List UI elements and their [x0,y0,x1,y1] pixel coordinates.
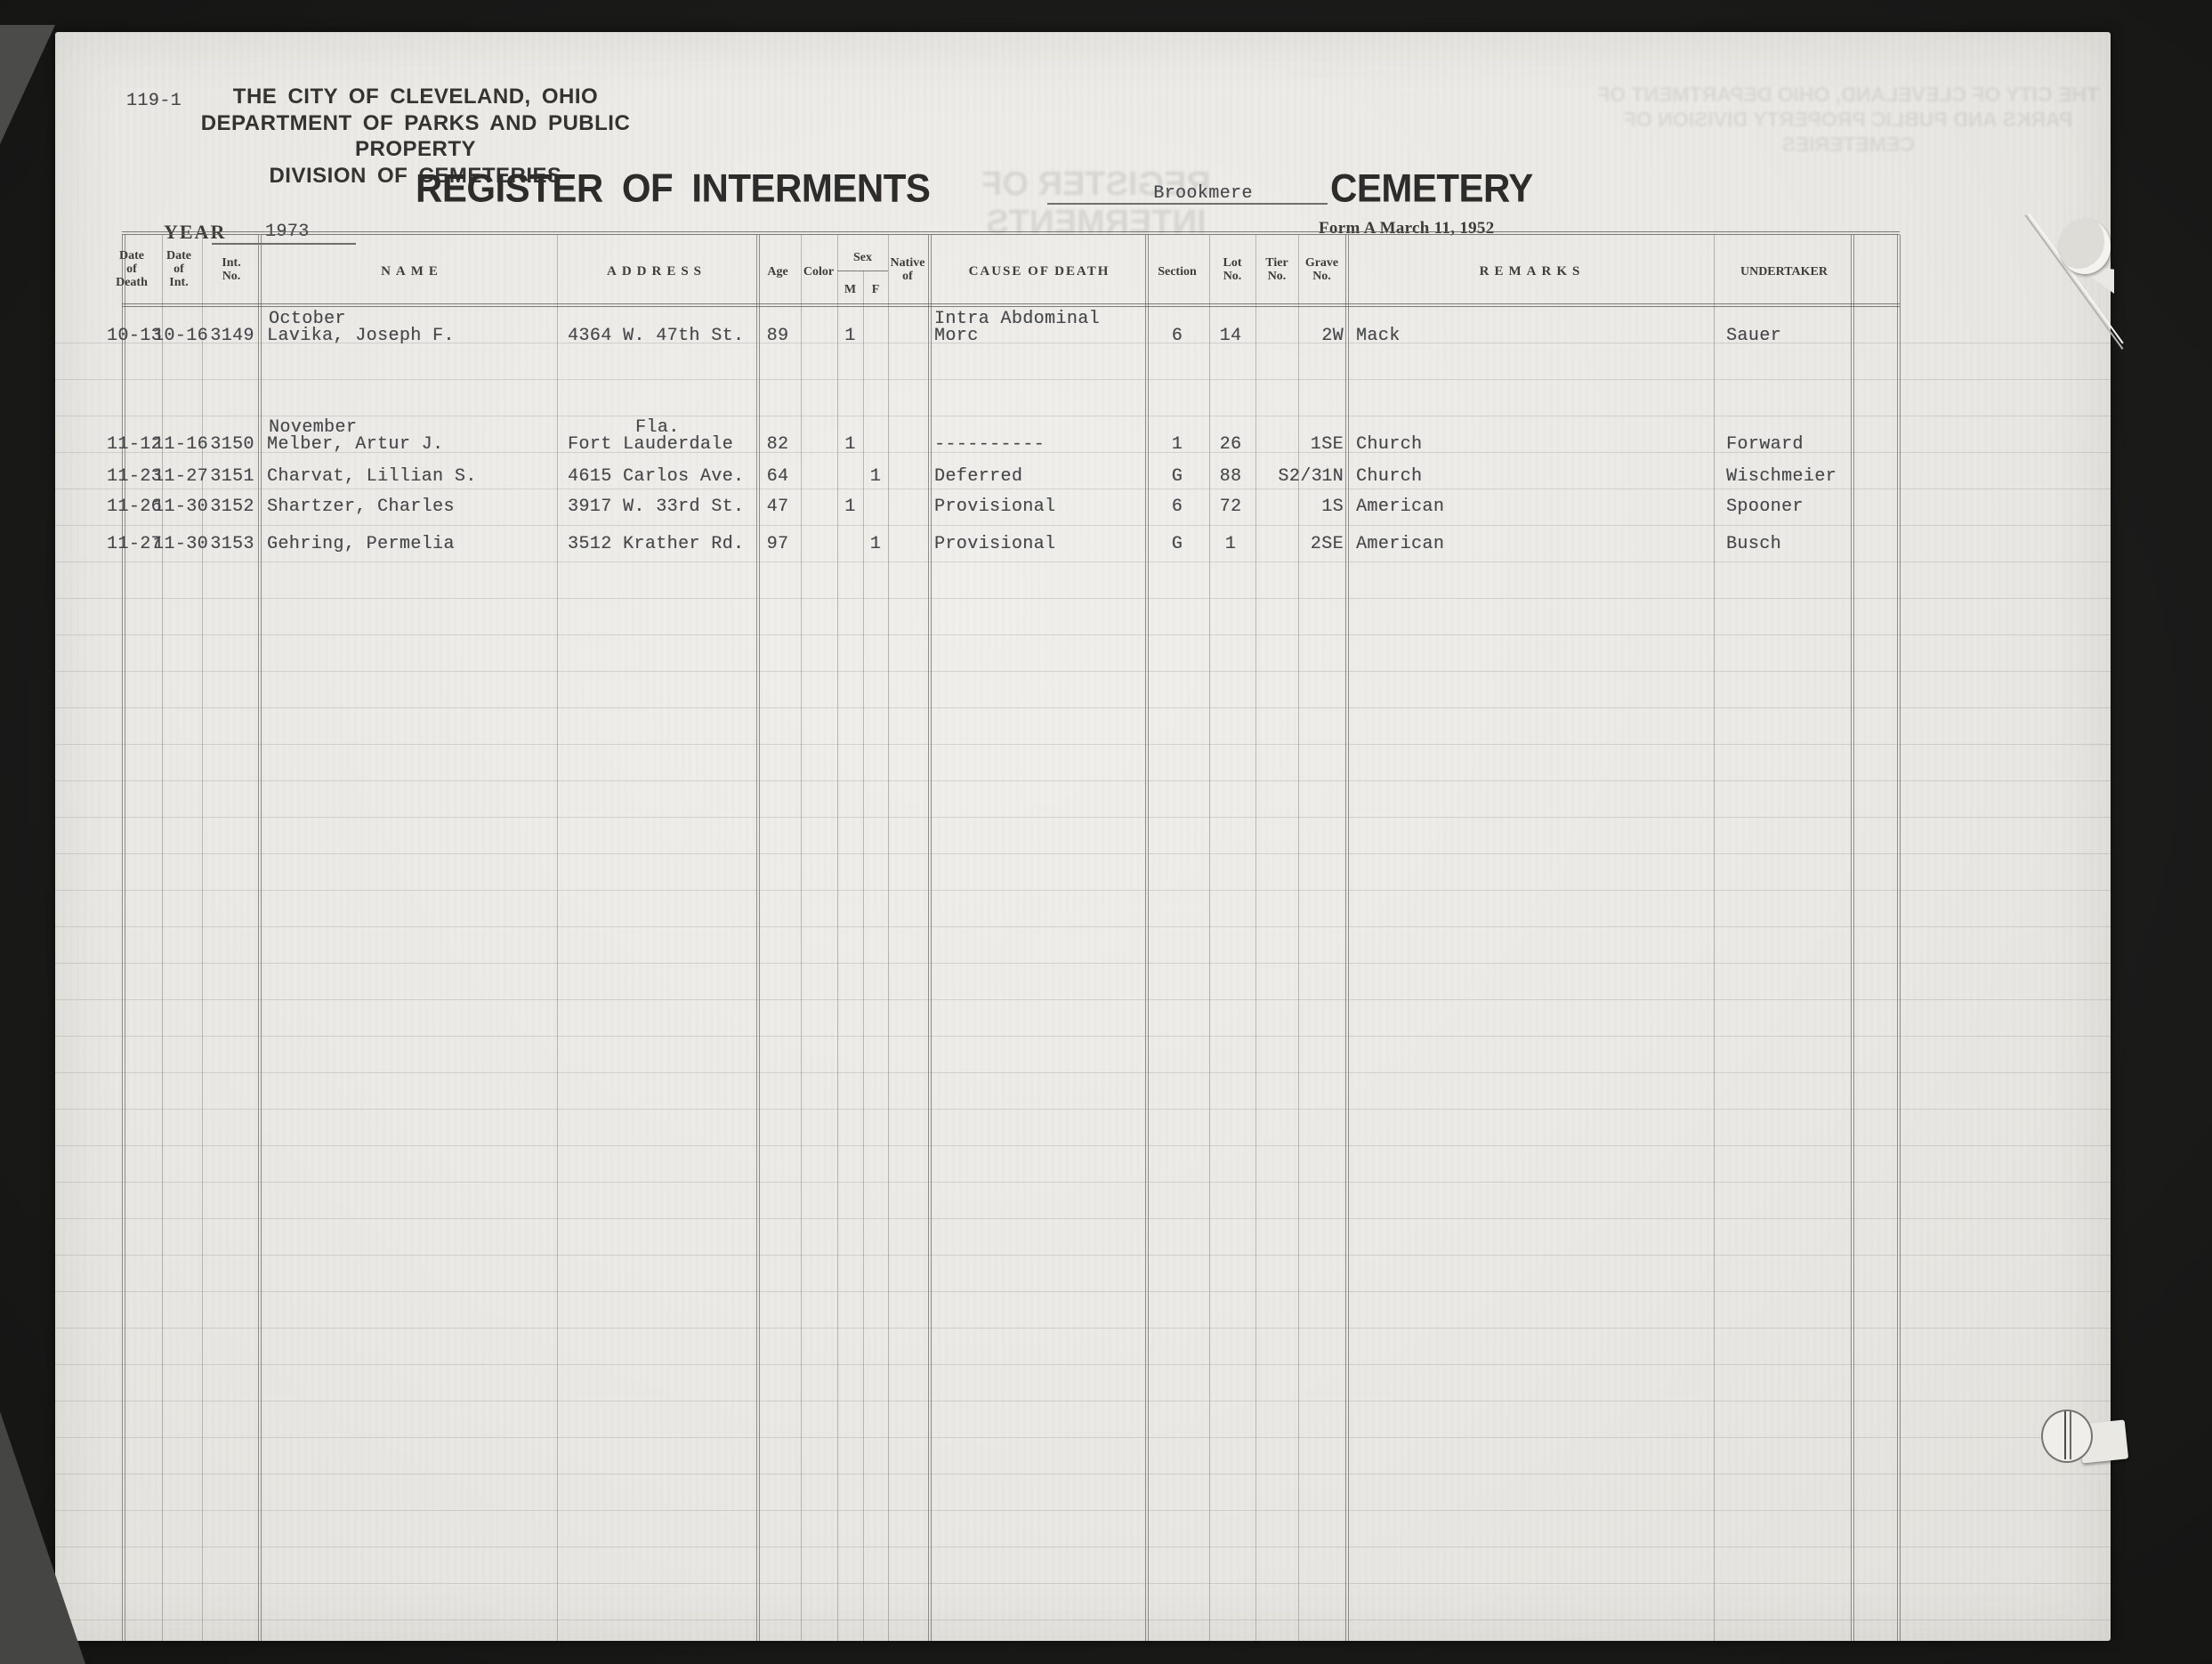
ruled-line [55,1437,2111,1438]
ruled-line [55,1109,2111,1110]
ruled-line [55,1072,2111,1073]
cell-grave_no: 2W [1283,326,1344,346]
ruled-line [55,1620,2111,1620]
column-header-grave: Grave No. [1296,256,1347,283]
cell-address: 3917 W. 33rd St. [568,497,763,517]
cell-undertaker: Sauer [1726,326,1895,346]
cell-lot_no: 1 [1207,534,1255,554]
cell-grave_no: 2SE [1283,534,1344,554]
cell-cause_of_death: Morc [934,326,1152,346]
grid-hline [837,271,888,271]
cell-age: 82 [755,434,801,455]
column-header-color: Color [797,265,840,279]
ruled-line [55,1291,2111,1292]
cell-section: G [1148,534,1207,554]
cell-interment_no: 3151 [206,466,258,487]
cell-grave_no: 1S [1283,497,1344,517]
ruled-line [55,598,2111,599]
cell-remarks: Church [1356,434,1703,455]
cell-remarks: American [1356,534,1703,554]
cell-interment_no: 3152 [206,497,258,517]
cell-age: 97 [755,534,801,554]
column-header-address: ADDRESS [557,265,756,279]
grid-hline [122,303,1900,304]
ruled-line [55,853,2111,854]
cell-name: Shartzer, Charles [267,497,561,517]
ruled-line [55,1583,2111,1584]
cell-grave_no: 1SE [1283,434,1344,455]
cell-section: 6 [1148,497,1207,517]
ruled-line [55,1328,2111,1329]
ruled-line [55,1510,2111,1511]
cell-address: 4364 W. 47th St. [568,326,763,346]
cell-undertaker: Spooner [1726,497,1895,517]
cell-age: 47 [755,497,801,517]
cell-remarks: Mack [1356,326,1703,346]
ruled-line [55,1547,2111,1547]
grid-hline [122,234,1900,235]
ruled-line [55,525,2111,526]
cell-name: Melber, Artur J. [267,434,561,455]
cell-age: 89 [755,326,801,346]
cell-date_of_death: 11-12 [107,434,158,455]
cell-date_of_int: 11-27 [153,466,203,487]
cell-address: Fort Lauderdale [568,434,763,455]
cell-name: Charvat, Lillian S. [267,466,561,487]
cell-sex_m: 1 [837,326,863,346]
cell-interment_no: 3153 [206,534,258,554]
ruled-line [55,1182,2111,1183]
cell-name: Lavika, Joseph F. [267,326,561,346]
cell-lot_no: 14 [1207,326,1255,346]
cell-section: 6 [1148,326,1207,346]
ruled-line [55,1474,2111,1474]
cell-date_of_int: 11-30 [153,534,203,554]
column-header-sex: Sex [837,251,888,264]
ruled-line [55,744,2111,745]
cell-section: 1 [1148,434,1207,455]
column-header-tier: Tier No. [1254,256,1300,283]
grid-hline [122,306,1900,307]
ruled-line [55,671,2111,672]
cell-date_of_death: 11-27 [107,534,158,554]
column-header-f: F [863,283,888,296]
cell-interment_no: 3149 [206,326,258,346]
binder-ring-post [2070,1411,2071,1459]
ruled-line [55,963,2111,964]
cell-interment_no: 3150 [206,434,258,455]
column-header-remarks: REMARKS [1443,265,1621,279]
ruled-line [55,634,2111,635]
ruled-line [55,379,2111,380]
column-header-section: Section [1143,265,1211,279]
column-header-lot: Lot No. [1209,256,1255,283]
grid-vline [1897,235,1898,1641]
cell-address: 4615 Carlos Ave. [568,466,763,487]
grid-vline [1255,235,1256,1641]
register-sheet: THE CITY OF CLEVELAND, OHIO DEPARTMENT O… [55,32,2111,1641]
binder-ring-icon [2041,1410,2093,1463]
grid-vline [258,235,259,1641]
ruled-line [55,999,2111,1000]
ruled-line [55,1401,2111,1401]
scanned-register-page: THE CITY OF CLEVELAND, OHIO DEPARTMENT O… [0,0,2212,1664]
column-header-name: NAME [267,265,557,279]
cell-lot_no: 26 [1207,434,1255,455]
cell-date_of_int: 11-16 [153,434,203,455]
cell-date_of_int: 11-30 [153,497,203,517]
cell-sex_f: 1 [863,466,888,487]
page-curl [2059,219,2111,274]
ruled-line [55,1255,2111,1256]
cell-date_of_int: 10-16 [153,326,203,346]
cell-address: 3512 Krather Rd. [568,534,763,554]
cell-cause_of_death: ---------- [934,434,1152,455]
grid-vline [1348,235,1349,1641]
interment-table: Date of DeathDate of Int.Int. No.NAMEADD… [55,32,2111,1641]
ruled-line [55,1364,2111,1365]
column-header-m: M [837,283,863,296]
cell-remarks: American [1356,497,1703,517]
column-header-int_no: Int. No. [205,256,258,283]
column-header-cause: CAUSE OF DEATH [945,265,1134,279]
cell-date_of_death: 11-23 [107,466,158,487]
ruled-line [55,416,2111,416]
cell-undertaker: Wischmeier [1726,466,1895,487]
ruled-line [55,1145,2111,1146]
cell-lot_no: 88 [1207,466,1255,487]
cell-sex_m: 1 [837,434,863,455]
scan-corner-wedge [0,25,55,144]
column-header-age: Age [755,265,801,279]
column-header-doi: Date of Int. [153,249,205,289]
cell-section: G [1148,466,1207,487]
ruled-line [55,1218,2111,1219]
ruled-line [55,561,2111,562]
binder-ring-post [2064,1411,2066,1459]
cell-cause_of_death: Provisional [934,534,1152,554]
grid-vline [261,235,262,1641]
ruled-line [55,780,2111,781]
ruled-line [55,926,2111,927]
column-header-dod: Date of Death [104,249,159,289]
ruled-line [55,489,2111,489]
cell-date_of_death: 11-26 [107,497,158,517]
grid-vline [801,235,802,1641]
column-header-undertaker: UNDERTAKER [1726,265,1842,279]
grid-vline [928,235,929,1641]
grid-vline [888,235,889,1641]
column-header-native: Native of [883,256,932,283]
ruled-line [55,817,2111,818]
cell-remarks: Church [1356,466,1703,487]
ruled-line [55,890,2111,891]
cell-cause_of_death: Deferred [934,466,1152,487]
cell-sex_m: 1 [837,497,863,517]
ruled-line [55,707,2111,708]
grid-hline [122,231,1900,232]
grid-vline [1345,235,1346,1641]
grid-vline [1714,235,1715,1641]
cell-undertaker: Busch [1726,534,1895,554]
cell-undertaker: Forward [1726,434,1895,455]
cell-cause_of_death: Provisional [934,497,1152,517]
cell-grave_no: 1N [1283,466,1344,487]
grid-vline [1900,235,1901,1641]
cell-date_of_death: 10-13 [107,326,158,346]
ruled-line [55,1036,2111,1037]
cell-lot_no: 72 [1207,497,1255,517]
grid-vline [931,235,932,1641]
cell-name: Gehring, Permelia [267,534,561,554]
cell-sex_f: 1 [863,534,888,554]
cell-age: 64 [755,466,801,487]
